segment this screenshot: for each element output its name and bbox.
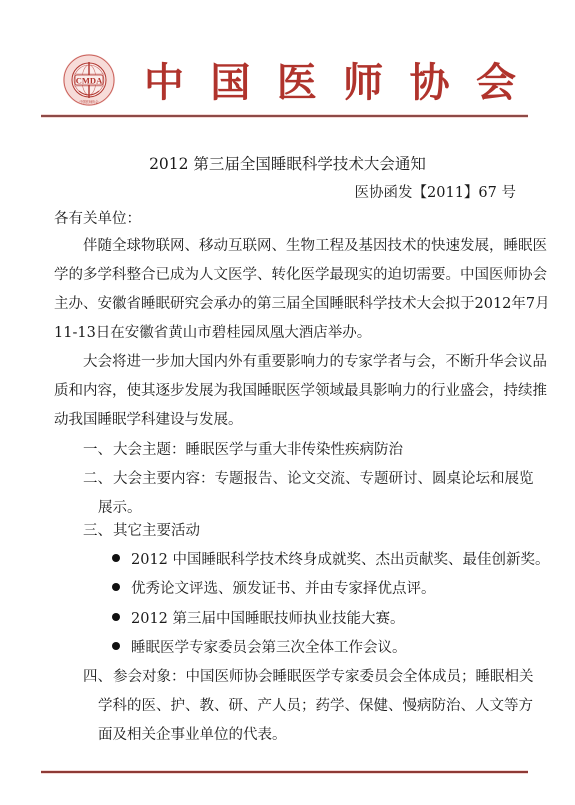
cmda-logo: CMDA 中国医师协会 xyxy=(62,53,116,107)
item-text: 大会主要内容：专题报告、论文交流、专题研讨、圆桌论坛和展览 xyxy=(113,471,534,487)
activity-text: 睡眠医学专家委员会第三次全体工作会议。 xyxy=(131,640,407,656)
paragraph-line: 伴随全球物联网、移动互联网、生物工程及基因技术的快速发展，睡眠医 xyxy=(54,232,506,261)
paragraph-intro: 伴随全球物联网、移动互联网、生物工程及基因技术的快速发展，睡眠医 学的多学科整合… xyxy=(54,232,506,348)
organization-name: 中 国 医 师 协 会 xyxy=(140,58,520,108)
item-number: 三、 xyxy=(83,517,113,546)
org-name-char: 医 xyxy=(273,58,321,108)
paragraph-goals: 大会将进一步加大国内外有重要影响力的专家学者与会，不断升华会议品 质和内容，使其… xyxy=(54,348,506,435)
org-name-char: 师 xyxy=(339,58,387,108)
svg-text:CMDA: CMDA xyxy=(76,76,103,86)
paragraph-line: 11-13日在安徽省黄山市碧桂园凤凰大酒店举办。 xyxy=(54,319,506,348)
salutation: 各有关单位： xyxy=(54,208,141,230)
bullet-dot-icon xyxy=(112,613,120,621)
item-text: 大会主题：睡眠医学与重大非传染性疾病防治 xyxy=(113,442,403,458)
activity-bullet: 优秀论文评选、颁发证书、并由专家择优点评。 xyxy=(112,575,436,604)
bullet-dot-icon xyxy=(112,642,120,650)
cmda-seal-icon: CMDA 中国医师协会 xyxy=(62,53,116,107)
document-number: 医协函发【2011】67 号 xyxy=(355,182,516,204)
numbered-item-attendees: 四、参会对象：中国医师协会睡眠医学专家委员会全体成员；睡眠相关 学科的医、护、教… xyxy=(83,663,508,750)
svg-text:中国医师协会: 中国医师协会 xyxy=(79,99,99,104)
activity-text: 优秀论文评选、颁发证书、并由专家择优点评。 xyxy=(131,581,436,597)
org-name-char: 中 xyxy=(140,58,188,108)
paragraph-line: 质和内容，使其逐步发展为我国睡眠医学领域最具影响力的行业盛会，持续推 xyxy=(54,377,506,406)
numbered-item-content: 二、大会主要内容：专题报告、论文交流、专题研讨、圆桌论坛和展览 展示。 xyxy=(83,465,508,523)
paragraph-line: 动我国睡眠学科建设与发展。 xyxy=(54,406,506,435)
header-divider xyxy=(41,115,528,117)
item-number: 二、 xyxy=(83,465,113,494)
numbered-item-activities: 三、其它主要活动 xyxy=(83,517,508,546)
org-name-char: 协 xyxy=(406,58,454,108)
org-name-char: 国 xyxy=(206,58,254,108)
item-text-continued: 面及相关企事业单位的代表。 xyxy=(83,721,508,750)
paragraph-line: 大会将进一步加大国内外有重要影响力的专家学者与会，不断升华会议品 xyxy=(54,348,506,377)
item-text: 其它主要活动 xyxy=(113,523,200,539)
footer-divider xyxy=(41,771,528,773)
item-number: 四、 xyxy=(83,663,113,692)
item-number: 一、 xyxy=(83,436,113,465)
item-text: 参会对象：中国医师协会睡眠医学专家委员会全体成员；睡眠相关 xyxy=(113,669,534,685)
activity-text: 2012 中国睡眠科学技术终身成就奖、杰出贡献奖、最佳创新奖。 xyxy=(131,552,550,568)
item-text-continued: 学科的医、护、教、研、产人员；药学、保健、慢病防治、人文等方 xyxy=(83,692,508,721)
org-name-char: 会 xyxy=(472,58,520,108)
bullet-dot-icon xyxy=(112,583,120,591)
numbered-item-theme: 一、大会主题：睡眠医学与重大非传染性疾病防治 xyxy=(83,436,508,465)
bullet-dot-icon xyxy=(112,554,120,562)
paragraph-line: 学的多学科整合已成为人文医学、转化医学最现实的迫切需要。中国医师协会 xyxy=(54,261,506,290)
activity-bullet: 睡眠医学专家委员会第三次全体工作会议。 xyxy=(112,634,407,663)
document-title: 2012 第三届全国睡眠科学技术大会通知 xyxy=(0,153,575,175)
activity-text: 2012 第三届中国睡眠技师执业技能大赛。 xyxy=(131,611,405,627)
activity-bullet: 2012 第三届中国睡眠技师执业技能大赛。 xyxy=(112,605,405,634)
activity-bullet: 2012 中国睡眠科学技术终身成就奖、杰出贡献奖、最佳创新奖。 xyxy=(112,546,550,575)
paragraph-line: 主办、安徽省睡眠研究会承办的第三届全国睡眠科学技术大会拟于2012年7月 xyxy=(54,290,506,319)
